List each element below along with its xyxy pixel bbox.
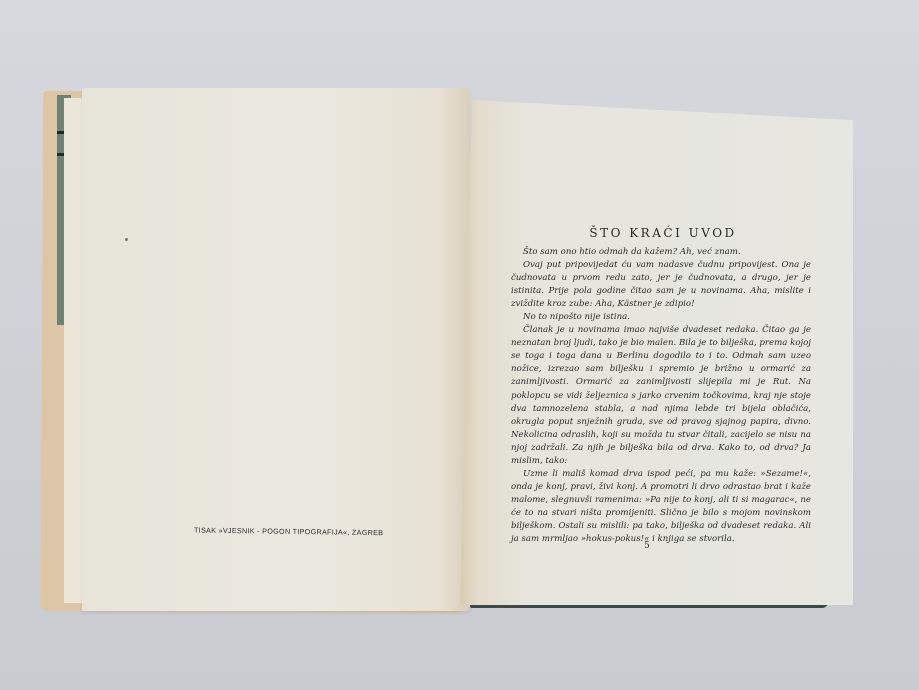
chapter-title: ŠTO KRAĆI UVOD <box>583 226 743 240</box>
paragraph: Ovaj put pripovijedat ću vam nadasve čud… <box>511 259 811 311</box>
page-speck <box>125 238 128 241</box>
body-text: Što sam ono htio odmah da kažem? Ah, već… <box>511 246 811 546</box>
paragraph: Što sam ono htio odmah da kažem? Ah, već… <box>511 246 811 259</box>
paragraph: Uzme li mališ komad drva ispod peći, pa … <box>511 468 811 546</box>
paragraph: Članak je u novinama imao najviše dvades… <box>511 324 811 468</box>
paragraph: No to nipošto nije istina. <box>511 311 811 324</box>
page-number: 5 <box>644 541 650 551</box>
